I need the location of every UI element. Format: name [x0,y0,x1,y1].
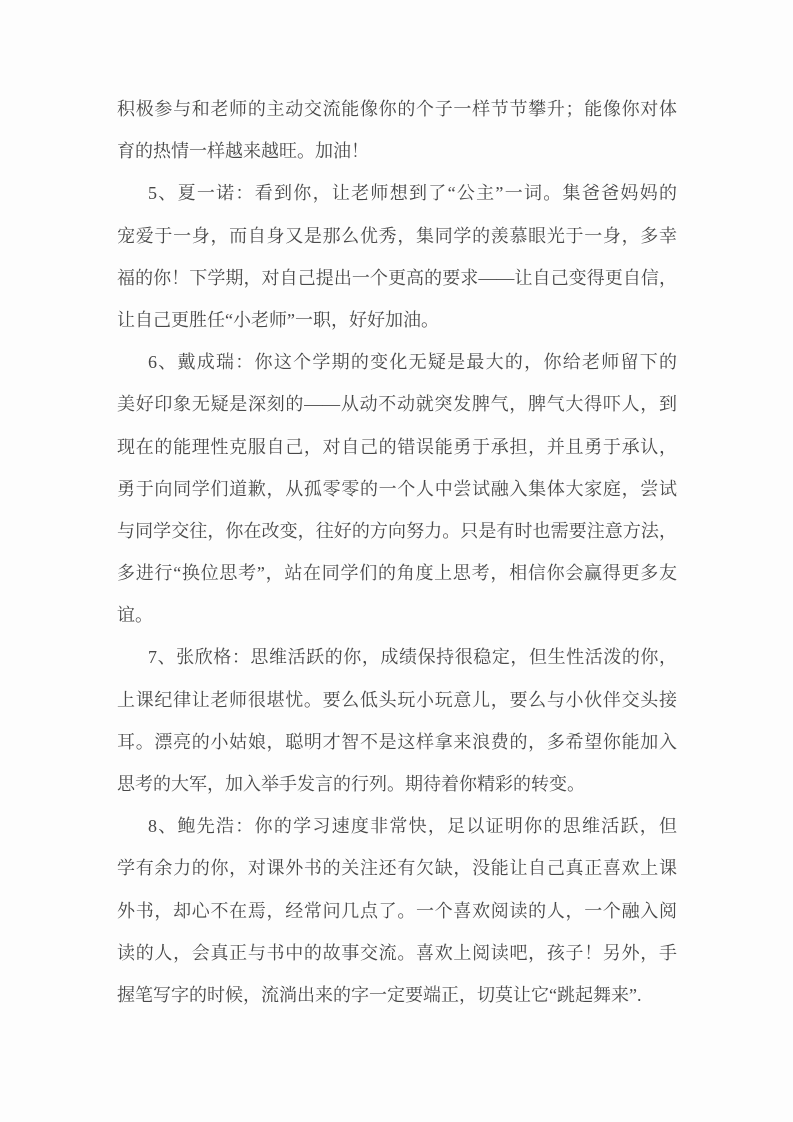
text-line: 现在的能理性克服自己，对自己的错误能勇于承担，并且勇于承认， [117,426,677,468]
text-line: 握笔写字的时候，流淌出来的字一定要端正，切莫让它“跳起舞来”. [117,974,677,1016]
text-line: 上课纪律让老师很堪忧。要么低头玩小玩意儿，要么与小伙伴交头接 [117,679,677,721]
text-line: 6、戴成瑞：你这个学期的变化无疑是最大的，你给老师留下的 [117,341,677,383]
text-line: 8、鲍先浩：你的学习速度非常快，足以证明你的思维活跃，但 [117,805,677,847]
text-line: 让自己更胜任“小老师”一职，好好加油。 [117,299,677,341]
text-line: 耳。漂亮的小姑娘，聪明才智不是这样拿来浪费的，多希望你能加入 [117,721,677,763]
text-line: 勇于向同学们道歉，从孤零零的一个人中尝试融入集体大家庭，尝试 [117,468,677,510]
text-line: 思考的大军，加入举手发言的行列。期待着你精彩的转变。 [117,763,677,805]
text-line: 宠爱于一身，而自身又是那么优秀，集同学的羡慕眼光于一身，多幸 [117,215,677,257]
text-line: 美好印象无疑是深刻的——从动不动就突发脾气，脾气大得吓人，到 [117,383,677,425]
text-line: 谊。 [117,594,677,636]
text-line: 外书，却心不在焉，经常问几点了。一个喜欢阅读的人，一个融入阅 [117,890,677,932]
text-line: 学有余力的你，对课外书的关注还有欠缺，没能让自己真正喜欢上课 [117,847,677,889]
text-line: 福的你！下学期，对自己提出一个更高的要求——让自己变得更自信， [117,257,677,299]
text-line: 5、夏一诺：看到你，让老师想到了“公主”一词。集爸爸妈妈的 [117,172,677,214]
text-line: 7、张欣格：思维活跃的你，成绩保持很稳定，但生性活泼的你， [117,636,677,678]
text-line: 读的人，会真正与书中的故事交流。喜欢上阅读吧，孩子！另外，手 [117,932,677,974]
text-line: 与同学交往，你在改变，往好的方向努力。只是有时也需要注意方法， [117,510,677,552]
text-line: 多进行“换位思考”，站在同学们的角度上思考，相信你会赢得更多友 [117,552,677,594]
text-line: 育的热情一样越来越旺。加油！ [117,130,677,172]
text-line: 积极参与和老师的主动交流能像你的个子一样节节攀升；能像你对体 [117,88,677,130]
document-page: 积极参与和老师的主动交流能像你的个子一样节节攀升；能像你对体育的热情一样越来越旺… [0,0,793,1122]
document-text-block: 积极参与和老师的主动交流能像你的个子一样节节攀升；能像你对体育的热情一样越来越旺… [117,88,677,1016]
